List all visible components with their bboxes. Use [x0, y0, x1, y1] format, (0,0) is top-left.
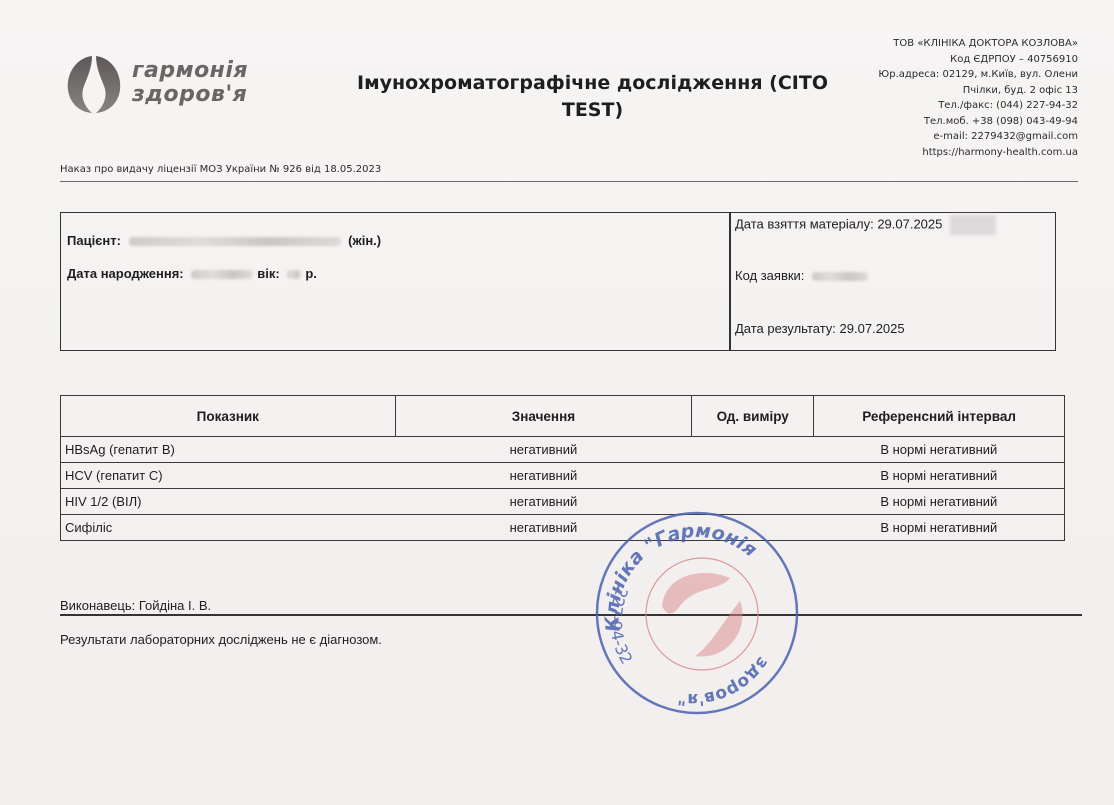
indicator-cell: HIV 1/2 (ВІЛ) [61, 489, 396, 515]
license-note: Наказ про видачу ліцензії МОЗ України № … [60, 164, 381, 175]
dob-label: Дата народження: [67, 266, 184, 281]
reference-cell: В нормі негативний [814, 463, 1065, 489]
results-table: Показник Значення Од. виміру Референсний… [60, 395, 1065, 541]
company-address-2: Пчілки, буд. 2 офіс 13 [878, 83, 1078, 99]
document-title: Імунохроматографічне дослідження (CITO T… [330, 70, 855, 124]
company-website: https://harmony-health.com.ua [878, 145, 1078, 161]
results-header-row: Показник Значення Од. виміру Референсний… [61, 396, 1065, 437]
header-indicator: Показник [61, 396, 396, 437]
company-phone-fax: Тел./факс: (044) 227-94-32 [878, 98, 1078, 114]
header-unit: Од. виміру [692, 396, 814, 437]
table-row: HIV 1/2 (ВІЛ) негативний В нормі негатив… [61, 489, 1065, 515]
indicator-cell: HCV (гепатит С) [61, 463, 396, 489]
logo-text-line2: здоров'я [132, 83, 248, 107]
patient-sex: (жін.) [348, 233, 381, 248]
result-date-label: Дата результату: [735, 321, 836, 336]
company-code: Код ЄДРПОУ – 40756910 [878, 52, 1078, 68]
value-cell: негативний [395, 437, 692, 463]
result-date-field: Дата результату: 29.07.2025 [735, 321, 905, 336]
clinic-stamp-icon: Клініка "Гармонія здоров'я" 227-94-32 [590, 506, 805, 721]
svg-text:227-94-32: 227-94-32 [606, 584, 636, 667]
redacted-age [287, 270, 301, 279]
age-unit: р. [305, 266, 317, 281]
disclaimer: Результати лабораторних досліджень не є … [60, 632, 382, 647]
sample-date-label: Дата взяття матеріалу: [735, 216, 874, 231]
lab-report-page: гармонія здоров'я Імунохроматографічне д… [0, 0, 1114, 805]
order-code-label: Код заявки: [735, 268, 804, 283]
company-name: ТОВ «КЛІНІКА ДОКТОРА КОЗЛОВА» [878, 36, 1078, 52]
performer: Виконавець: Гойдіна І. В. [60, 598, 211, 613]
redacted-sample-time [950, 215, 996, 235]
patient-label: Пацієнт: [67, 233, 121, 248]
company-mobile: Тел.моб. +38 (098) 043-49-94 [878, 114, 1078, 130]
redacted-dob [191, 270, 253, 279]
reference-cell: В нормі негативний [814, 489, 1065, 515]
table-row: Сифіліс негативний В нормі негативний [61, 515, 1065, 541]
result-date-value: 29.07.2025 [840, 321, 905, 336]
redacted-order-code [812, 272, 868, 281]
table-row: HCV (гепатит С) негативний В нормі негат… [61, 463, 1065, 489]
value-cell: негативний [395, 463, 692, 489]
footer-divider [60, 614, 1082, 616]
indicator-cell: Сифіліс [61, 515, 396, 541]
clinic-logo: гармонія здоров'я [62, 52, 262, 116]
logo-text-line1: гармонія [132, 59, 248, 83]
svg-text:здоров'я": здоров'я" [676, 653, 772, 709]
patient-name-field: Пацієнт: (жін.) [67, 233, 381, 248]
patient-info-box: Пацієнт: (жін.) Дата народження: вік: р.… [60, 212, 1056, 351]
header-reference: Референсний інтервал [814, 396, 1065, 437]
unit-cell [692, 437, 814, 463]
reference-cell: В нормі негативний [814, 515, 1065, 541]
patient-box-divider [729, 213, 731, 350]
redacted-patient-name [129, 237, 341, 246]
order-code-field: Код заявки: [735, 268, 872, 283]
company-email: e-mail: 2279432@gmail.com [878, 129, 1078, 145]
indicator-cell: HBsAg (гепатит В) [61, 437, 396, 463]
drop-logo-icon [62, 52, 126, 116]
header-value: Значення [395, 396, 692, 437]
dob-field: Дата народження: вік: р. [67, 266, 317, 281]
sample-date-field: Дата взяття матеріалу: 29.07.2025 [735, 215, 996, 235]
unit-cell [692, 463, 814, 489]
reference-cell: В нормі негативний [814, 437, 1065, 463]
sample-date-value: 29.07.2025 [877, 216, 942, 231]
company-info: ТОВ «КЛІНІКА ДОКТОРА КОЗЛОВА» Код ЄДРПОУ… [878, 36, 1078, 160]
header-divider [60, 181, 1078, 182]
age-label: вік: [257, 266, 279, 281]
table-row: HBsAg (гепатит В) негативний В нормі нег… [61, 437, 1065, 463]
company-address-1: Юр.адреса: 02129, м.Київ, вул. Олени [878, 67, 1078, 83]
